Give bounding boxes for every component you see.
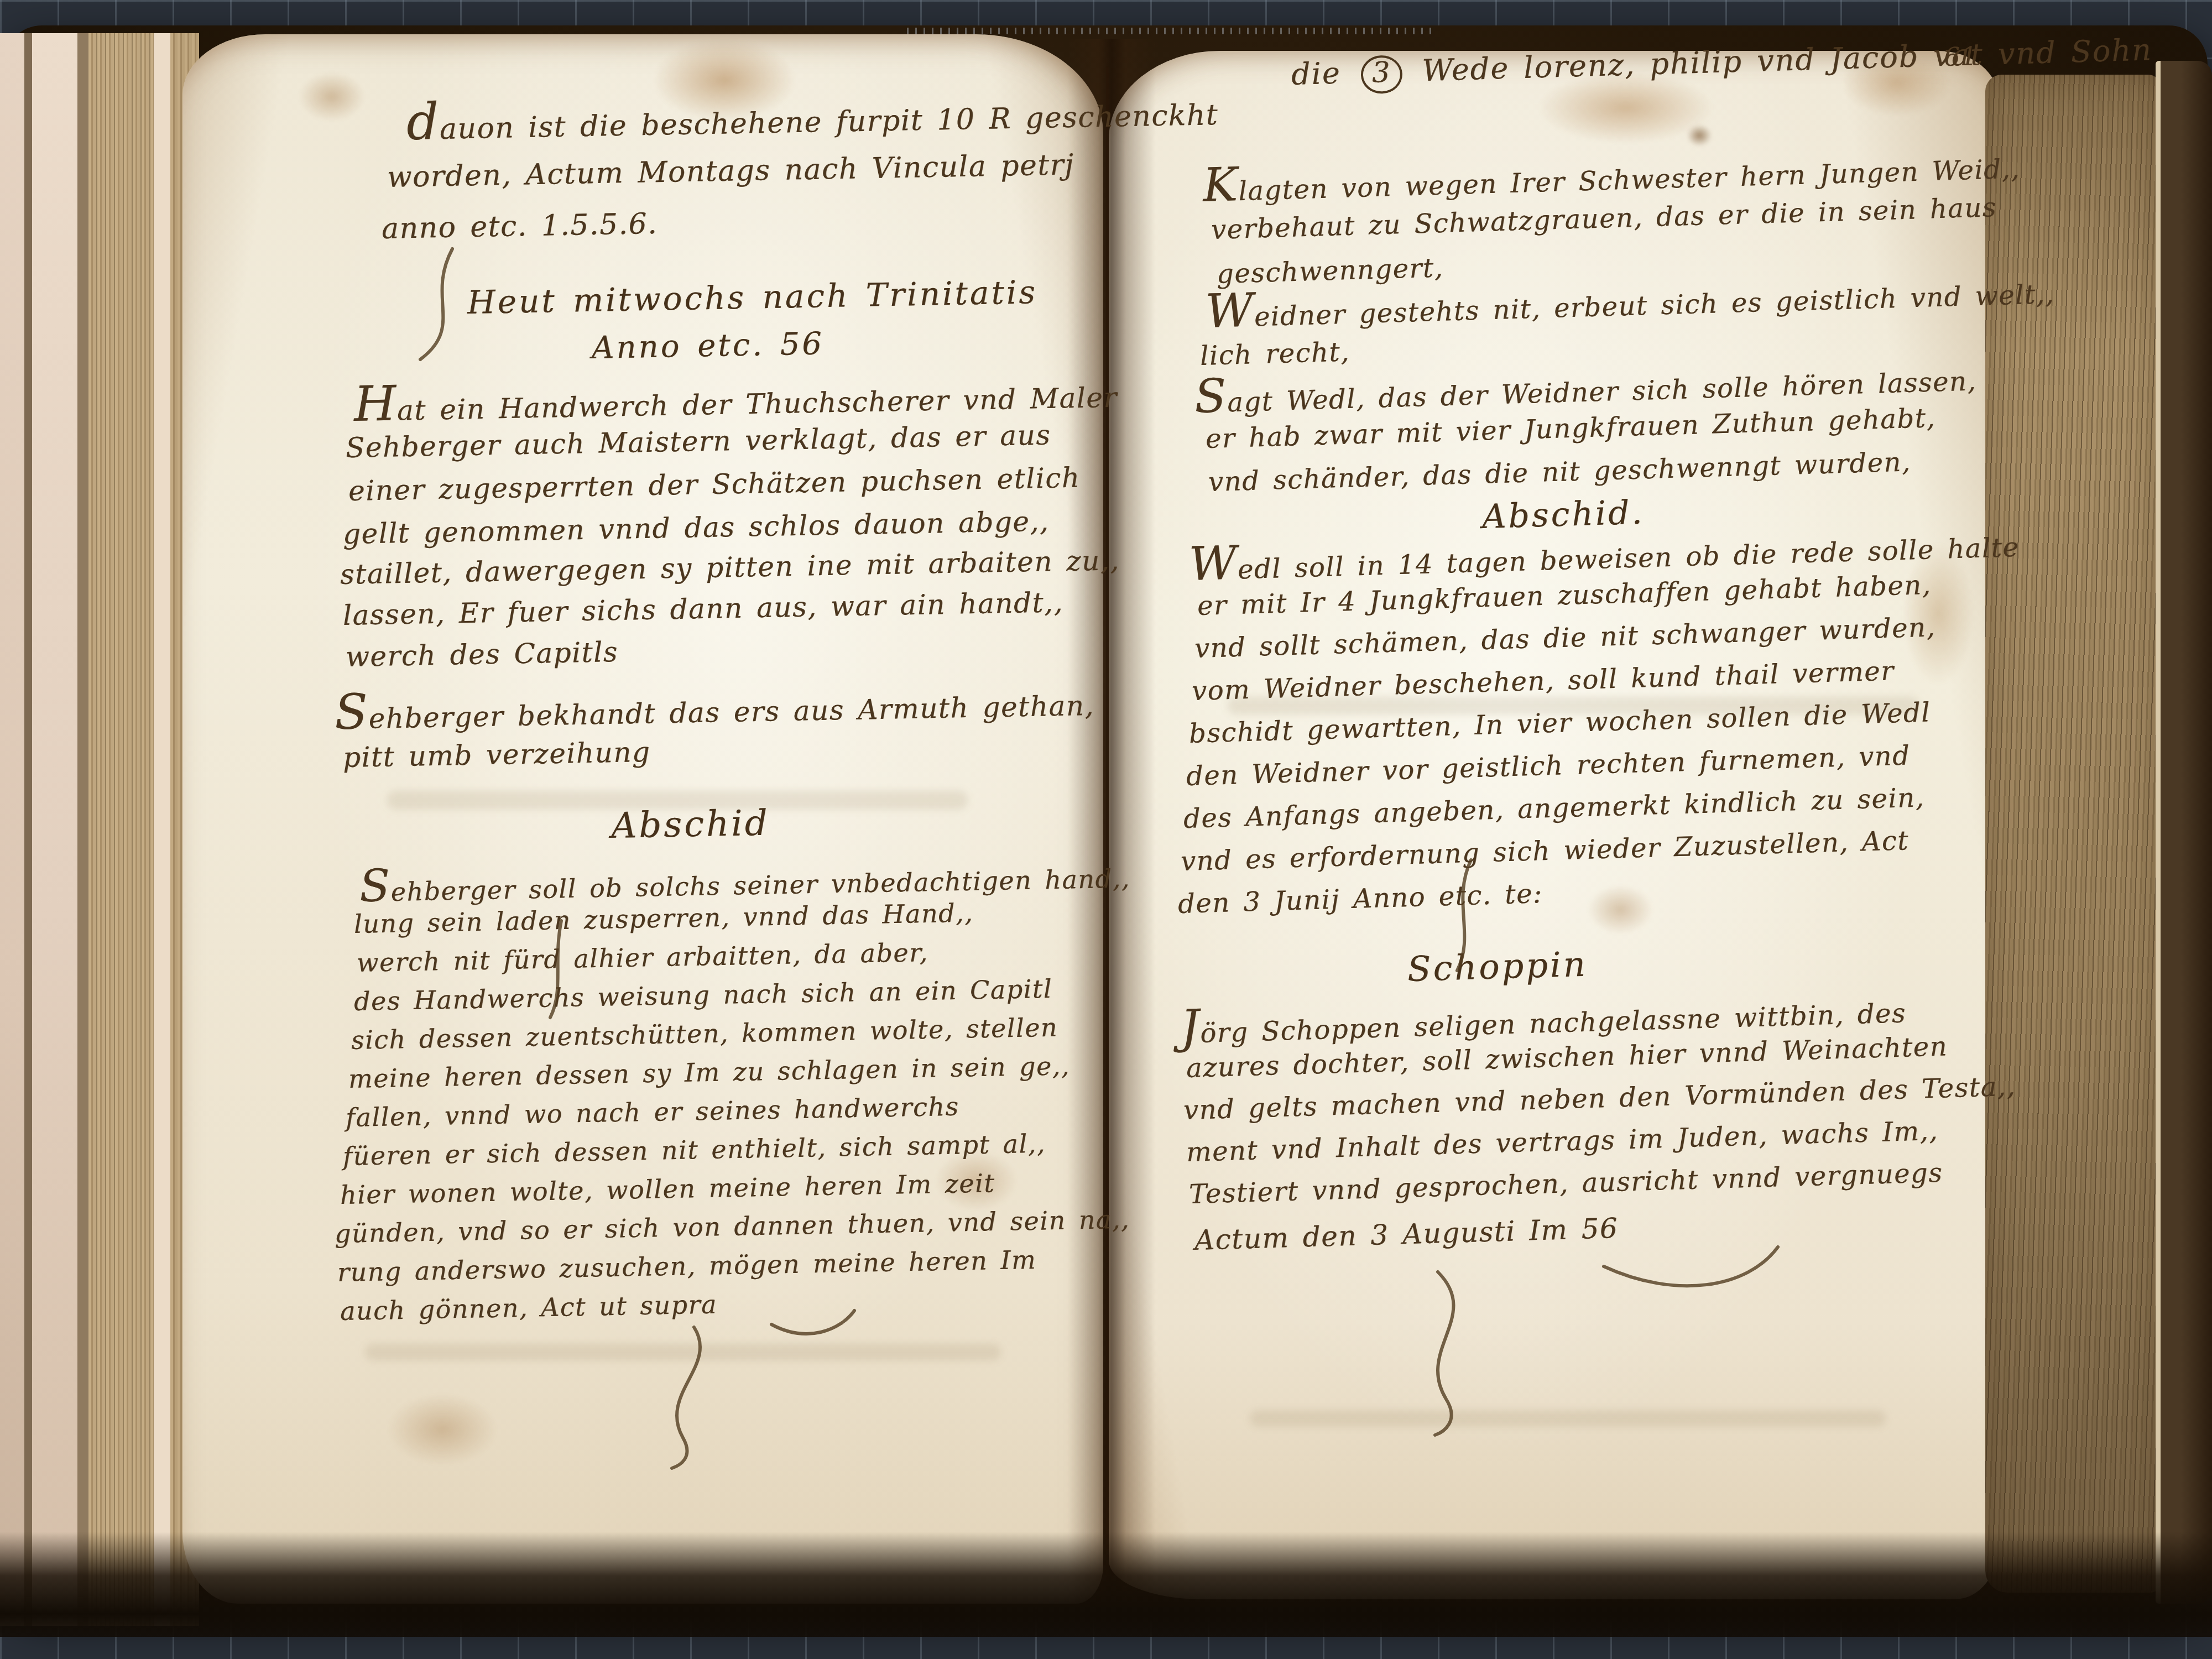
ink-flourishes xyxy=(0,0,2212,1659)
ink-flourish xyxy=(1457,860,1471,971)
ink-flourish xyxy=(672,1327,700,1468)
ink-flourish xyxy=(550,921,561,1018)
ink-flourish xyxy=(420,249,452,359)
ink-flourish xyxy=(1435,1272,1453,1435)
ink-flourish xyxy=(1604,1247,1778,1286)
ink-flourish xyxy=(771,1311,854,1334)
photo-canvas: dauon ist die beschehene furpit 10 R ges… xyxy=(0,0,2212,1659)
